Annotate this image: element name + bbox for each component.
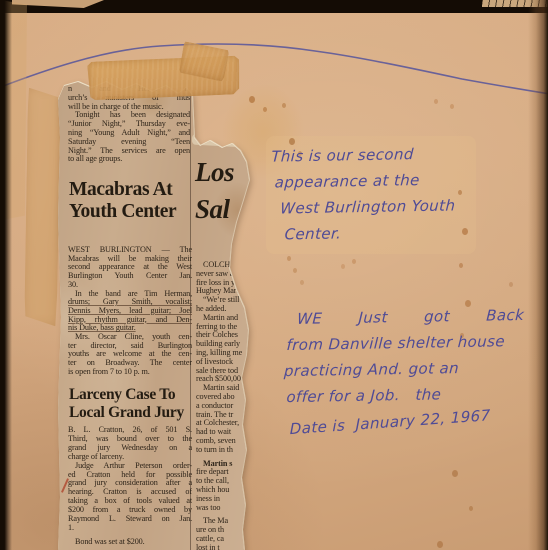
text-line: This is our second — [271, 140, 456, 169]
text-line: $200 from a truck owned by — [68, 506, 192, 515]
text-line: Local Grand Jury — [69, 404, 184, 422]
text-line: to all age groups. — [68, 155, 190, 164]
text-line: 30. — [68, 281, 192, 290]
colchester-article-body: COLCHESTEnever saw afire loss in yoHughe… — [196, 261, 256, 550]
page-right-edge — [528, 0, 548, 550]
text-line: fire depart — [196, 468, 256, 477]
text-line: Macabras will be making their — [68, 255, 192, 264]
text-line: charge of larceny. — [68, 453, 192, 462]
text-line: grand jury consideration after a — [68, 479, 192, 488]
text-line: taking a box of tools valued at — [68, 497, 192, 506]
text-line: COLCHESTE — [196, 261, 256, 270]
text-line: a conductor — [196, 402, 256, 411]
text-line: nis Duke, bass guitar. — [68, 324, 192, 333]
scrapbook-photo: n and Helen Kurch’s ministers of muswill… — [0, 0, 548, 550]
text-line: fire loss in yo — [196, 279, 256, 288]
text-line: Dennis Myers, lead guitar; Joel — [68, 307, 192, 316]
torn-paper-edge — [192, 134, 247, 148]
text-line: Martin said — [196, 384, 256, 393]
text-line: drums; Gary Smith, vocalist; — [68, 298, 192, 307]
text-line: cattle, ca — [196, 535, 256, 544]
text-line: of livestock — [196, 358, 256, 367]
text-line: appearance at the — [274, 166, 456, 195]
text-line: Martin s — [196, 460, 256, 469]
text-line: “Junior Night,” Thursday eve- — [68, 120, 190, 129]
text-line: ure on th — [196, 526, 256, 535]
text-line: at Colchester, — [196, 419, 256, 428]
larceny-article-body: B. L. Cratton, 26, of 501 S.Third, was b… — [68, 426, 192, 547]
text-line: to the call, — [196, 477, 256, 486]
text-line: comb, seven — [196, 437, 256, 446]
text-line: Kipp, rhythm guitar, and Den- — [68, 316, 192, 325]
text-line: never saw a — [196, 270, 256, 279]
text-line: lost in t — [196, 544, 256, 550]
text-line: Saturday evening “Teen — [68, 138, 190, 147]
text-line: ed Cratton held for possible — [68, 471, 192, 480]
macabras-headline: Macabras AtYouth Center — [69, 179, 176, 223]
newspaper-clipping-wrapper: n and Helen Kurch’s ministers of muswill… — [56, 78, 254, 550]
text-line: Martin and — [196, 314, 256, 323]
text-line: to turn in th — [196, 446, 256, 455]
text-line: Sal — [195, 191, 234, 228]
text-line: “We’re still — [196, 296, 256, 305]
text-line: ning “Young Adult Night,” and — [68, 129, 190, 138]
text-line: ter on Broadway. The center — [68, 359, 192, 368]
text-line: WE Just got Back — [296, 302, 524, 332]
text-line: In the band are Tim Herman, — [68, 290, 192, 299]
text-line: Third, was bound over to the — [68, 435, 192, 444]
text-line: sale there tod — [196, 367, 256, 376]
text-line: Los — [195, 154, 234, 191]
larceny-headline: Larceny Case ToLocal Grand Jury — [69, 386, 184, 421]
macabras-article-body: WEST BURLINGTON — TheMacabras will be ma… — [68, 246, 192, 377]
text-line: ferring to the — [196, 323, 256, 332]
text-line: Youth Center — [69, 201, 176, 223]
text-line: ing, killing me — [196, 349, 256, 358]
text-line: Macabras At — [69, 179, 176, 201]
text-line: reach $500,00 — [196, 375, 256, 384]
text-line: will be in charge of the music. — [68, 103, 190, 112]
text-line: Bond was set at $200. — [68, 538, 192, 547]
newspaper-clipping: n and Helen Kurch’s ministers of muswill… — [56, 78, 254, 550]
text-line: WEST BURLINGTON — The — [68, 246, 192, 255]
text-line: Hughey Marti — [196, 287, 256, 296]
text-line: ter director, said Burlington — [68, 342, 192, 351]
text-line: hearing. Cratton is accused of — [68, 488, 192, 497]
text-line: second appearance at the West — [68, 263, 192, 272]
handwritten-note-2: WE Just got Backfrom Danville shelter ho… — [283, 302, 526, 436]
text-line: building early — [196, 340, 256, 349]
text-line: youths are welcome at the cen- — [68, 350, 192, 359]
text-line: The Ma — [196, 517, 256, 526]
text-line: is open from 7 to 10 p. m. — [68, 368, 192, 377]
text-line: Mrs. Oscar Cline, youth cen- — [68, 333, 192, 342]
text-line: which hou — [196, 486, 256, 495]
text-line: West Burlington Youth — [280, 192, 457, 221]
text-line: 1. — [68, 524, 192, 533]
text-line: Judge Arthur Peterson order- — [68, 462, 192, 471]
text-line: grand jury Wednesday on a — [68, 444, 192, 453]
scan-left-edge — [0, 0, 12, 550]
handwritten-note-1: This is our secondappearance at theWest … — [271, 140, 456, 247]
text-line: Center. — [284, 218, 457, 247]
text-line: Night.” The services are open — [68, 147, 190, 156]
text-line: Tonight has been designated — [68, 111, 190, 120]
text-line: Larceny Case To — [69, 386, 184, 404]
text-line: Raymond L. Steward on Jan. — [68, 515, 192, 524]
text-line: had to wait — [196, 428, 256, 437]
text-line: Burlington Youth Center Jan. — [68, 272, 192, 281]
text-line: their Colches — [196, 331, 256, 340]
text-line: covered abo — [196, 393, 256, 402]
text-line: iness in — [196, 495, 256, 504]
text-line: he added. — [196, 305, 256, 314]
text-line: train. The tr — [196, 411, 256, 420]
text-line: was too — [196, 504, 256, 513]
text-line: B. L. Cratton, 26, of 501 S. — [68, 426, 192, 435]
loss-sale-headline: LosSal — [195, 154, 234, 228]
